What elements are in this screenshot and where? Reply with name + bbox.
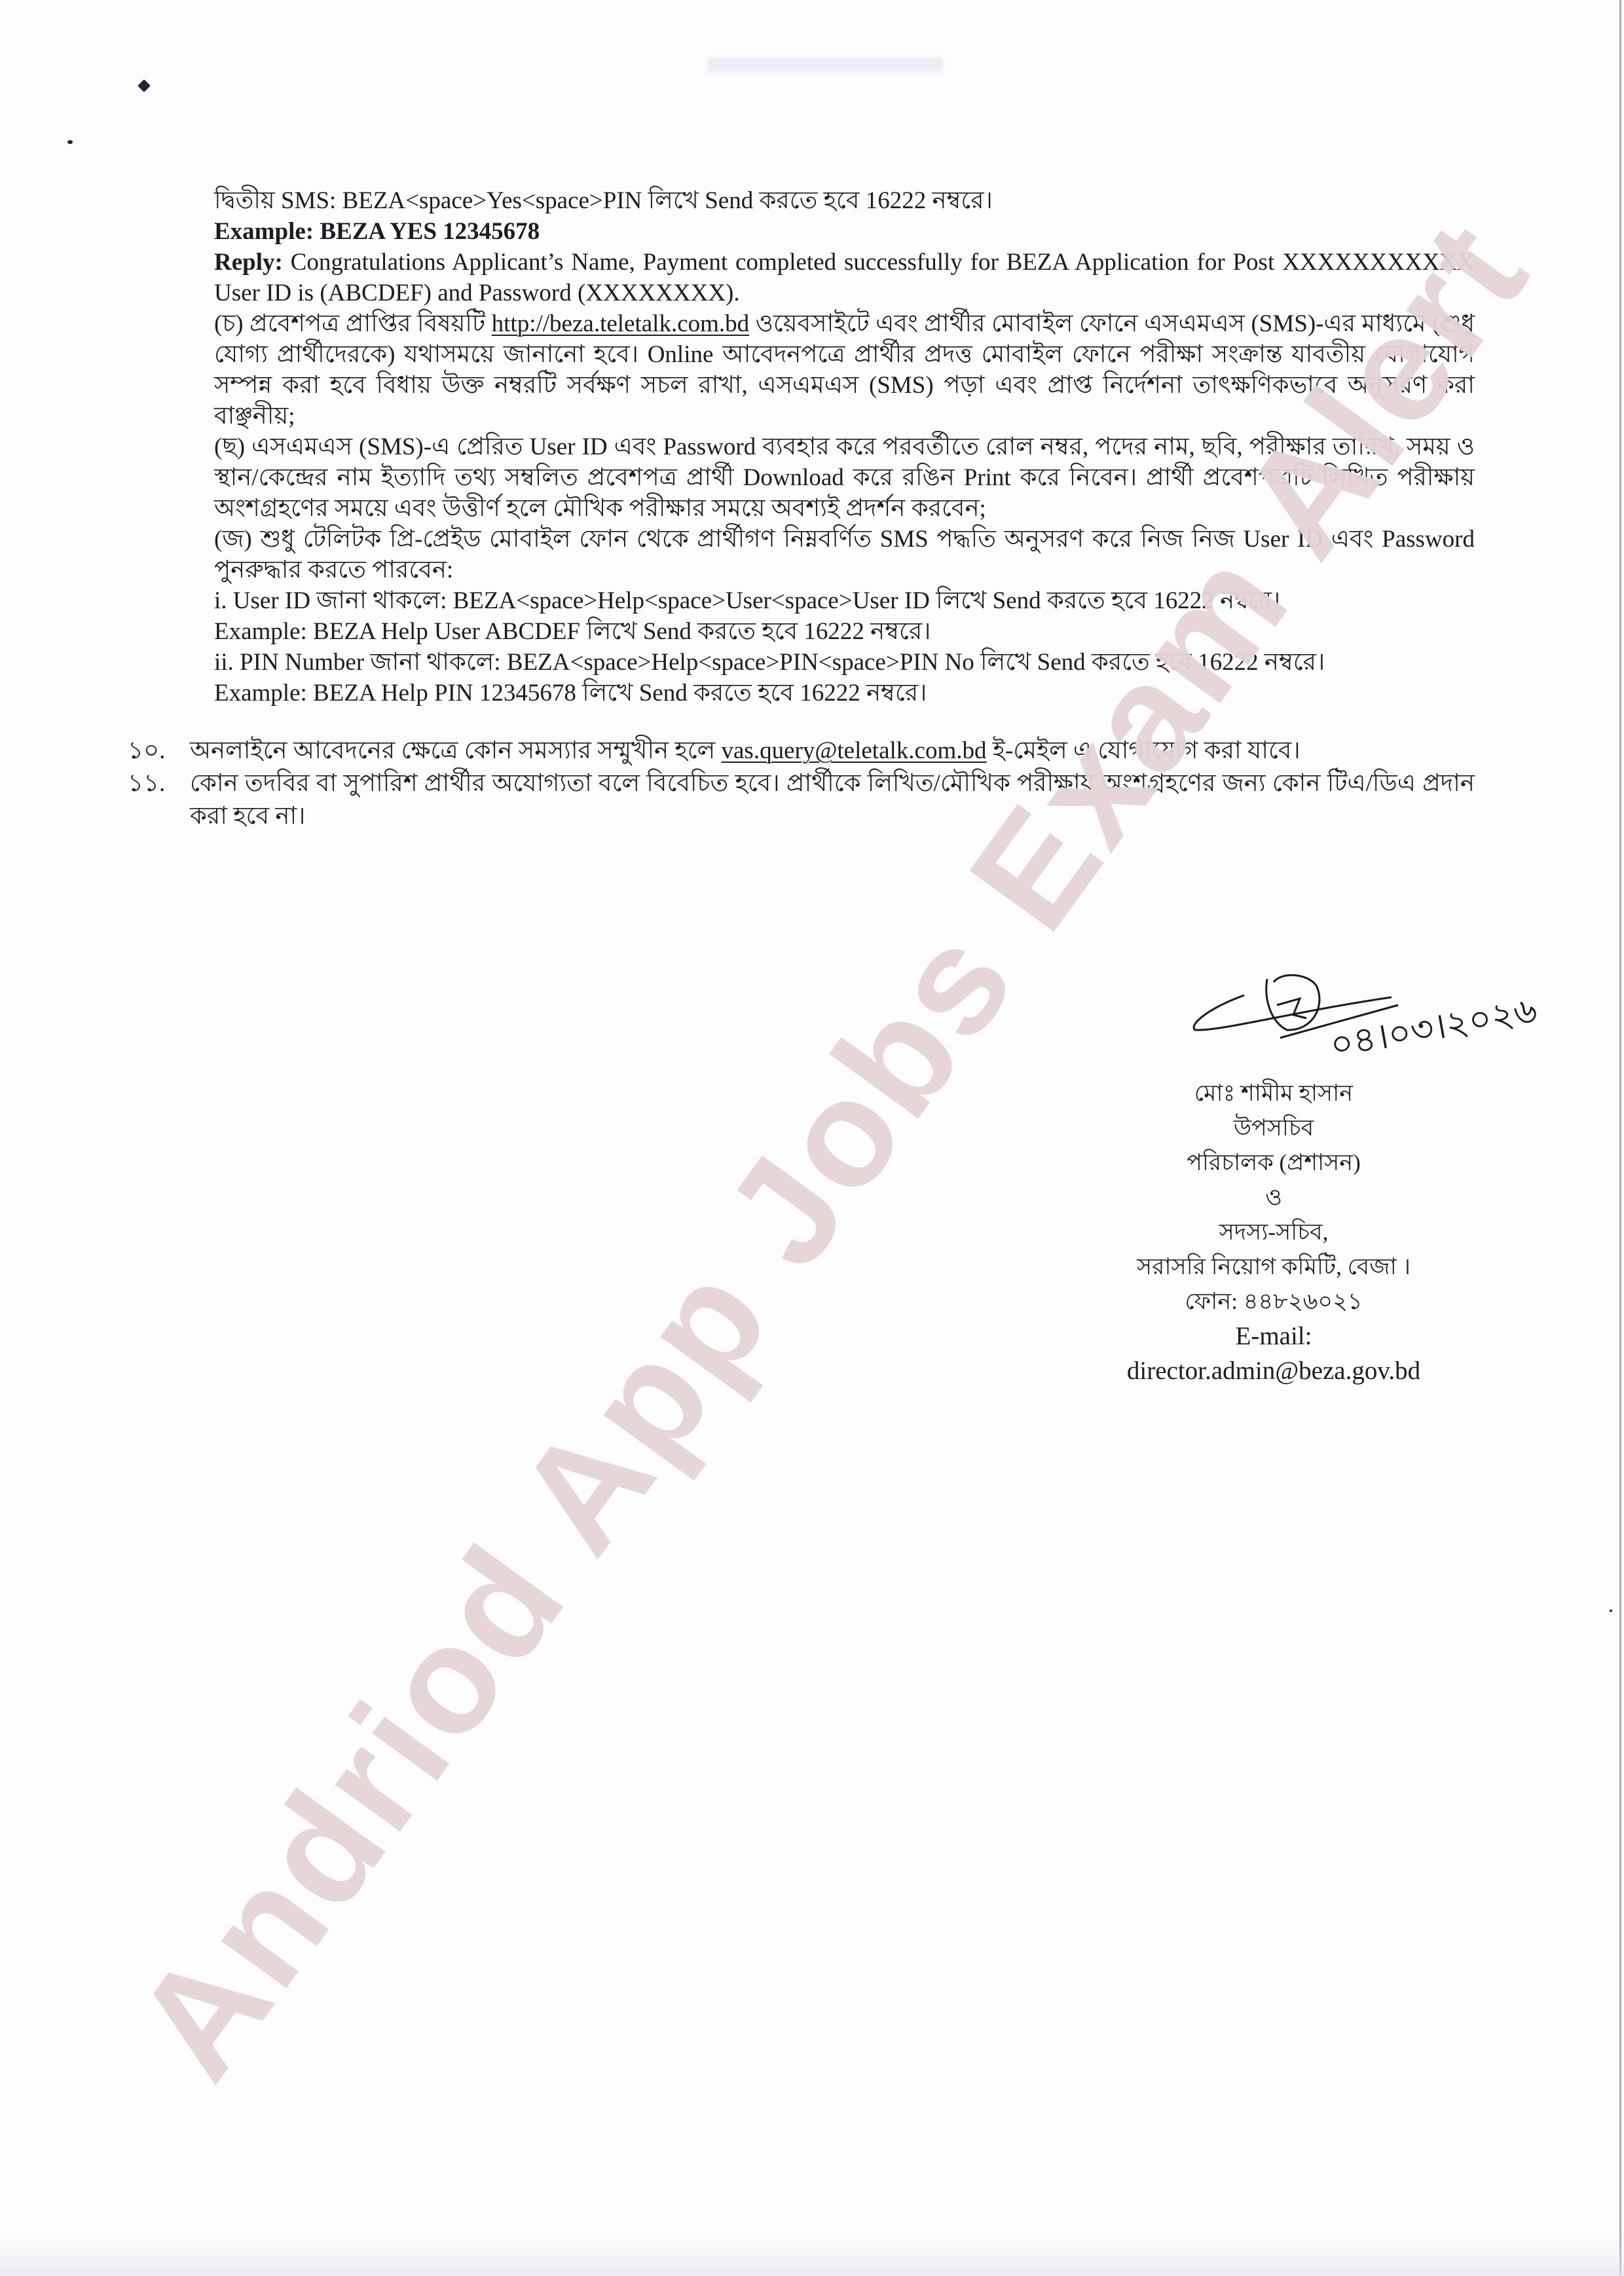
recover-user-example: Example: BEZA Help User ABCDEF লিখে Send…: [214, 616, 1475, 647]
signatory-name: মোঃ শামীম হাসান: [1113, 1076, 1434, 1110]
email-label: E-mail:: [1113, 1319, 1434, 1353]
item-text: অনলাইনে আবেদনের ক্ষেত্রে কোন সমস্যার সম্…: [190, 735, 1475, 767]
recover-pin-line: ii. PIN Number জানা থাকলে: BEZA<space>He…: [214, 647, 1475, 678]
support-email-link[interactable]: vas.query@teletalk.com.bd: [722, 737, 987, 764]
signatory-phone: ফোন: ৪৪৮২৬০২১: [1113, 1284, 1434, 1319]
admit-card-paragraph: (চ) প্রবেশপত্র প্রাপ্তির বিষয়টি http://…: [214, 308, 1475, 431]
handwritten-signature: ০৪।০৩।২০২৬: [1182, 959, 1549, 1071]
numbered-item-11: ১১. কোন তদবির বা সুপারিশ প্রার্থীর অযোগ্…: [128, 767, 1475, 833]
recover-pin-example: Example: BEZA Help PIN 12345678 লিখে Sen…: [214, 678, 1475, 708]
reply-text: Congratulations Applicant’s Name, Paymen…: [214, 249, 1475, 306]
signatory-designation: উপসচিব: [1113, 1110, 1434, 1145]
item-number: ১০.: [128, 735, 187, 767]
numbered-item-10: ১০. অনলাইনে আবেদনের ক্ষেত্রে কোন সমস্যার…: [128, 735, 1475, 767]
example-line: Example: BEZA YES 12345678: [214, 216, 1475, 247]
recovery-paragraph: (জ) শুধু টেলিটক প্রি-প্রেইড মোবাইল ফোন থ…: [214, 524, 1475, 585]
signatory-details: মোঃ শামীম হাসান উপসচিব পরিচালক (প্রশাসন)…: [1113, 1076, 1434, 1388]
instruction-paragraphs: দ্বিতীয় SMS: BEZA<space>Yes<space>PIN ল…: [214, 185, 1475, 708]
signatory-committee: সরাসরি নিয়োগ কমিটি, বেজা ।: [1113, 1249, 1434, 1284]
signatory-member-secretary: সদস্য-সচিব,: [1113, 1215, 1434, 1249]
second-sms-line: দ্বিতীয় SMS: BEZA<space>Yes<space>PIN ল…: [214, 185, 1475, 216]
reply-label: Reply:: [214, 249, 283, 276]
document-content: দ্বিতীয় SMS: BEZA<space>Yes<space>PIN ল…: [0, 0, 1624, 2276]
item-number: ১১.: [128, 767, 187, 800]
reply-paragraph: Reply: Congratulations Applicant’s Name,…: [214, 247, 1475, 308]
teletalk-link[interactable]: http://beza.teletalk.com.bd: [492, 310, 750, 337]
signatory-conjunction: ও: [1113, 1180, 1434, 1215]
download-paragraph: (ছ) এসএমএস (SMS)-এ প্রেরিত User ID এবং P…: [214, 431, 1475, 524]
signatory-role: পরিচালক (প্রশাসন): [1113, 1145, 1434, 1180]
signatory-email[interactable]: director.admin@beza.gov.bd: [1113, 1353, 1434, 1388]
signature-block: ০৪।০৩।২০২৬ মোঃ শামীম হাসান উপসচিব পরিচাল…: [1113, 959, 1434, 1388]
admit-card-prefix: (চ) প্রবেশপত্র প্রাপ্তির বিষয়টি: [214, 310, 485, 337]
recover-user-line: i. User ID জানা থাকলে: BEZA<space>Help<s…: [214, 585, 1475, 616]
scanned-page: দ্বিতীয় SMS: BEZA<space>Yes<space>PIN ল…: [0, 0, 1624, 2276]
signature-date: ০৪।০৩।২০২৬: [1327, 989, 1540, 1066]
item-text: কোন তদবির বা সুপারিশ প্রার্থীর অযোগ্যতা …: [190, 767, 1475, 833]
